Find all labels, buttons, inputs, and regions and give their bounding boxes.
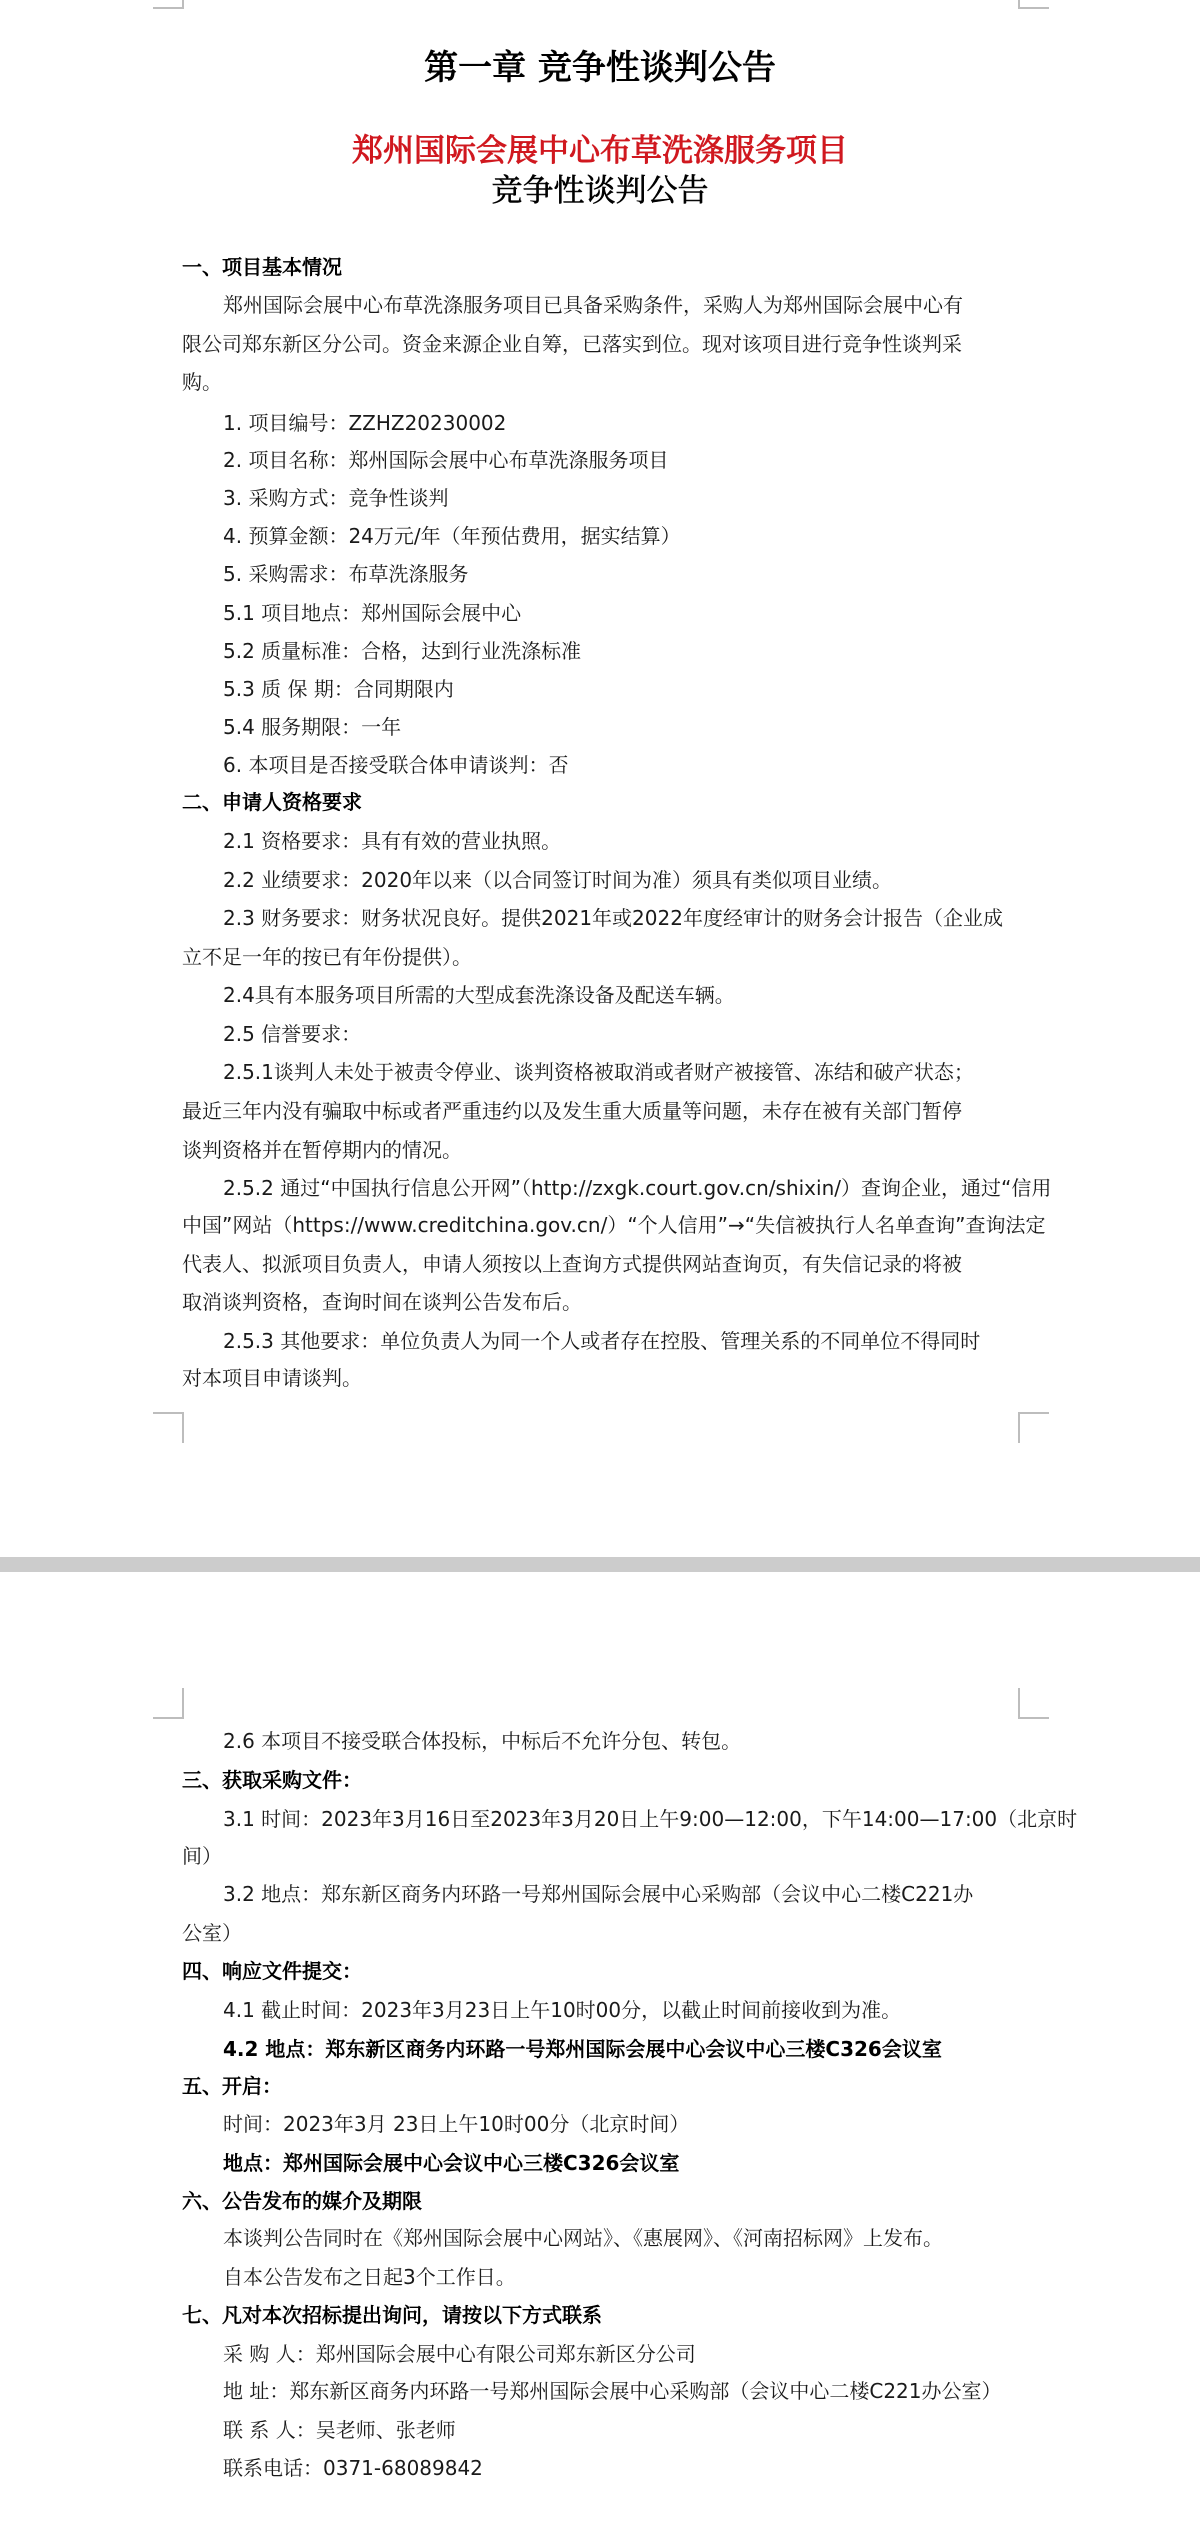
body-line: 公室） [182,1920,1022,1946]
page-corner-mark-bottom-right [1018,1412,1049,1443]
section-heading: 五、开启： [182,2073,1022,2099]
body-line: 2. 项目名称：郑州国际会展中心布草洗涤服务项目 [223,447,1063,473]
body-line: 2.4具有本服务项目所需的大型成套洗涤设备及配送车辆。 [223,982,1063,1008]
body-line: 中国”网站（https://www.creditchina.gov.cn/）“个… [182,1212,1022,1238]
page-corner-mark-top-left [153,0,184,9]
body-line: 立不足一年的按已有年份提供）。 [182,944,1022,970]
body-line: 2.6 本项目不接受联合体投标，中标后不允许分包、转包。 [223,1728,1063,1754]
body-line: 2.2 业绩要求：2020年以来（以合同签订时间为准）须具有类似项目业绩。 [223,867,1063,893]
body-line: 6. 本项目是否接受联合体申请谈判：否 [223,752,1063,778]
body-line: 4.1 截止时间：2023年3月23日上午10时00分，以截止时间前接收到为准。 [223,1997,1063,2023]
project-title: 郑州国际会展中心布草洗涤服务项目 [0,132,1200,170]
section-heading: 四、响应文件提交： [182,1958,1022,1984]
body-line: 地 址：郑东新区商务内环路一号郑州国际会展中心采购部（会议中心二楼C221办公室… [223,2378,1063,2404]
body-line: 时间：2023年3月 23日上午10时00分（北京时间） [223,2111,1063,2137]
body-line: 5.1 项目地点：郑州国际会展中心 [223,600,1063,626]
body-line: 联系电话：0371-68089842 [223,2455,1063,2481]
body-line: 联 系 人：吴老师、张老师 [223,2417,1063,2443]
body-line: 5.3 质 保 期：合同期限内 [223,676,1063,702]
page-corner-mark-bottom-left [153,1412,184,1443]
body-line: 3.1 时间：2023年3月16日至2023年3月20日上午9:00—12:00… [223,1806,1063,1832]
page-corner-mark-top-left [153,1688,184,1719]
body-line: 2.5 信誉要求： [223,1021,1063,1047]
page-corner-mark-top-right [1018,1688,1049,1719]
section-heading: 六、公告发布的媒介及期限 [182,2188,1022,2214]
page-separator [0,1557,1200,1572]
body-line-emphasis: 地点：郑州国际会展中心会议中心三楼C326会议室 [223,2150,1063,2176]
section-heading: 七、凡对本次招标提出询问，请按以下方式联系 [182,2302,1022,2328]
body-line: 2.5.2 通过“中国执行信息公开网”（http://zxgk.court.go… [223,1175,1063,1201]
body-line: 3.2 地点：郑东新区商务内环路一号郑州国际会展中心采购部（会议中心二楼C221… [223,1881,1063,1907]
body-line: 代表人、拟派项目负责人，申请人须按以上查询方式提供网站查询页，有失信记录的将被 [182,1251,1022,1277]
body-line: 5.4 服务期限：一年 [223,714,1063,740]
body-line: 5.2 质量标准：合格，达到行业洗涤标准 [223,638,1063,664]
body-line: 间） [182,1843,1022,1869]
body-line: 1. 项目编号：ZZHZ20230002 [223,410,1063,436]
section-heading: 二、申请人资格要求 [182,789,1022,815]
body-line: 2.5.3 其他要求：单位负责人为同一个人或者存在控股、管理关系的不同单位不得同… [223,1328,1063,1354]
body-line: 郑州国际会展中心布草洗涤服务项目已具备采购条件，采购人为郑州国际会展中心有 [223,292,1063,318]
body-line: 对本项目申请谈判。 [182,1365,1022,1391]
section-heading: 三、获取采购文件： [182,1767,1022,1793]
body-line: 取消谈判资格，查询时间在谈判公告发布后。 [182,1289,1022,1315]
body-line: 2.5.1谈判人未处于被责令停业、谈判资格被取消或者财产被接管、冻结和破产状态； [223,1059,1063,1085]
body-line-emphasis: 4.2 地点：郑东新区商务内环路一号郑州国际会展中心会议中心三楼C326会议室 [223,2036,1063,2062]
section-heading: 一、项目基本情况 [182,254,1022,280]
body-line: 限公司郑东新区分公司。资金来源企业自筹，已落实到位。现对该项目进行竞争性谈判采 [182,331,1022,357]
body-line: 谈判资格并在暂停期内的情况。 [182,1137,1022,1163]
body-line: 2.3 财务要求：财务状况良好。提供2021年或2022年度经审计的财务会计报告… [223,905,1063,931]
body-line: 自本公告发布之日起3个工作日。 [223,2264,1063,2290]
body-line: 购。 [182,369,1022,395]
chapter-title: 第一章 竞争性谈判公告 [0,48,1200,88]
body-line: 5. 采购需求：布草洗涤服务 [223,561,1063,587]
notice-title: 竞争性谈判公告 [0,172,1200,210]
page-corner-mark-top-right [1018,0,1049,9]
body-line: 本谈判公告同时在《郑州国际会展中心网站》、《惠展网》、《河南招标网》上发布。 [223,2225,1063,2251]
body-line: 3. 采购方式：竞争性谈判 [223,485,1063,511]
document-page-1: 第一章 竞争性谈判公告 郑州国际会展中心布草洗涤服务项目 竞争性谈判公告 一、项… [0,0,1200,1557]
body-line: 采 购 人：郑州国际会展中心有限公司郑东新区分公司 [223,2341,1063,2367]
body-line: 最近三年内没有骗取中标或者严重违约以及发生重大质量等问题，未存在被有关部门暂停 [182,1098,1022,1124]
body-line: 2.1 资格要求：具有有效的营业执照。 [223,828,1063,854]
body-line: 4. 预算金额：24万元/年（年预估费用，据实结算） [223,523,1063,549]
